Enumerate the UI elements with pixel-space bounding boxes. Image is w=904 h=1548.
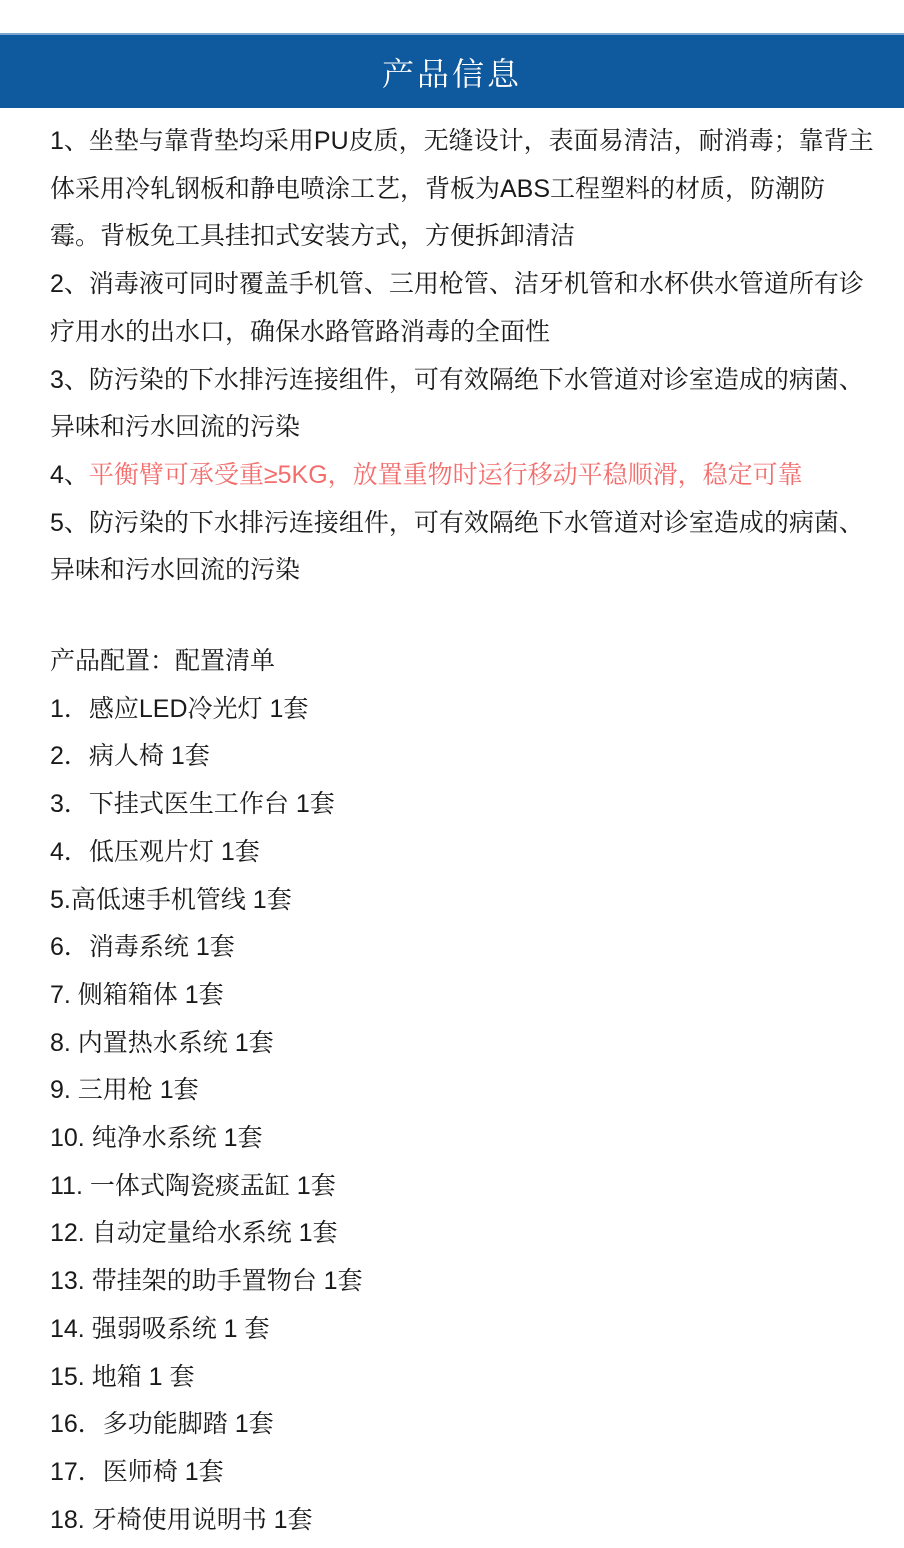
section-gap	[50, 595, 874, 638]
config-item-6: 6．消毒系统 1套	[50, 924, 874, 972]
config-item-8: 8. 内置热水系统 1套	[50, 1020, 874, 1068]
feature-text: 防污染的下水排污连接组件，可有效隔绝下水管道对诊室造成的病菌、异味和污水回流的污…	[50, 509, 864, 585]
feature-text: 坐垫与靠背垫均采用PU皮质，无缝设计，表面易清洁，耐消毒；靠背主体采用冷轧钢板和…	[50, 127, 874, 250]
feature-item-1: 1、坐垫与靠背垫均采用PU皮质，无缝设计，表面易清洁，耐消毒；靠背主体采用冷轧钢…	[50, 118, 874, 261]
config-item-9: 9. 三用枪 1套	[50, 1067, 874, 1115]
config-item-12: 12. 自动定量给水系统 1套	[50, 1210, 874, 1258]
feature-text: 消毒液可同时覆盖手机管、三用枪管、洁牙机管和水杯供水管道所有诊疗用水的出水口，确…	[50, 270, 864, 346]
config-item-10: 10. 纯净水系统 1套	[50, 1115, 874, 1163]
config-item-4: 4．低压观片灯 1套	[50, 829, 874, 877]
config-item-14: 14. 强弱吸系统 1 套	[50, 1306, 874, 1354]
product-info-header: 产品信息	[0, 33, 904, 108]
config-item-13: 13. 带挂架的助手置物台 1套	[50, 1258, 874, 1306]
features-section: 1、坐垫与靠背垫均采用PU皮质，无缝设计，表面易清洁，耐消毒；靠背主体采用冷轧钢…	[50, 118, 874, 595]
feature-item-5: 5、防污染的下水排污连接组件，可有效隔绝下水管道对诊室造成的病菌、异味和污水回流…	[50, 500, 874, 595]
feature-text: 防污染的下水排污连接组件，可有效隔绝下水管道对诊室造成的病菌、异味和污水回流的污…	[50, 366, 864, 442]
feature-item-2: 2、消毒液可同时覆盖手机管、三用枪管、洁牙机管和水杯供水管道所有诊疗用水的出水口…	[50, 261, 874, 356]
feature-item-4: 4、平衡臂可承受重≥5KG，放置重物时运行移动平稳顺滑，稳定可靠	[50, 452, 874, 500]
config-item-16: 16．多功能脚踏 1套	[50, 1401, 874, 1449]
page-title: 产品信息	[382, 49, 522, 95]
feature-number: 1、	[50, 127, 89, 155]
page-content: 1、坐垫与靠背垫均采用PU皮质，无缝设计，表面易清洁，耐消毒；靠背主体采用冷轧钢…	[0, 108, 904, 1544]
config-item-18: 18. 牙椅使用说明书 1套	[50, 1497, 874, 1545]
feature-number: 2、	[50, 270, 89, 298]
feature-number: 4、	[50, 461, 89, 489]
config-item-3: 3．下挂式医生工作台 1套	[50, 781, 874, 829]
feature-number: 3、	[50, 366, 89, 394]
config-item-7: 7. 侧箱箱体 1套	[50, 972, 874, 1020]
feature-number: 5、	[50, 509, 89, 537]
config-item-2: 2．病人椅 1套	[50, 733, 874, 781]
config-list-title: 产品配置：配置清单	[50, 638, 874, 686]
config-item-15: 15. 地箱 1 套	[50, 1354, 874, 1402]
config-section: 产品配置：配置清单 1．感应LED冷光灯 1套 2．病人椅 1套 3．下挂式医生…	[50, 638, 874, 1544]
feature-item-3: 3、防污染的下水排污连接组件，可有效隔绝下水管道对诊室造成的病菌、异味和污水回流…	[50, 357, 874, 452]
config-item-11: 11. 一体式陶瓷痰盂缸 1套	[50, 1163, 874, 1211]
config-item-1: 1．感应LED冷光灯 1套	[50, 686, 874, 734]
config-item-17: 17．医师椅 1套	[50, 1449, 874, 1497]
config-item-5: 5.高低速手机管线 1套	[50, 877, 874, 925]
feature-text-highlighted: 平衡臂可承受重≥5KG，放置重物时运行移动平稳顺滑，稳定可靠	[89, 461, 803, 489]
